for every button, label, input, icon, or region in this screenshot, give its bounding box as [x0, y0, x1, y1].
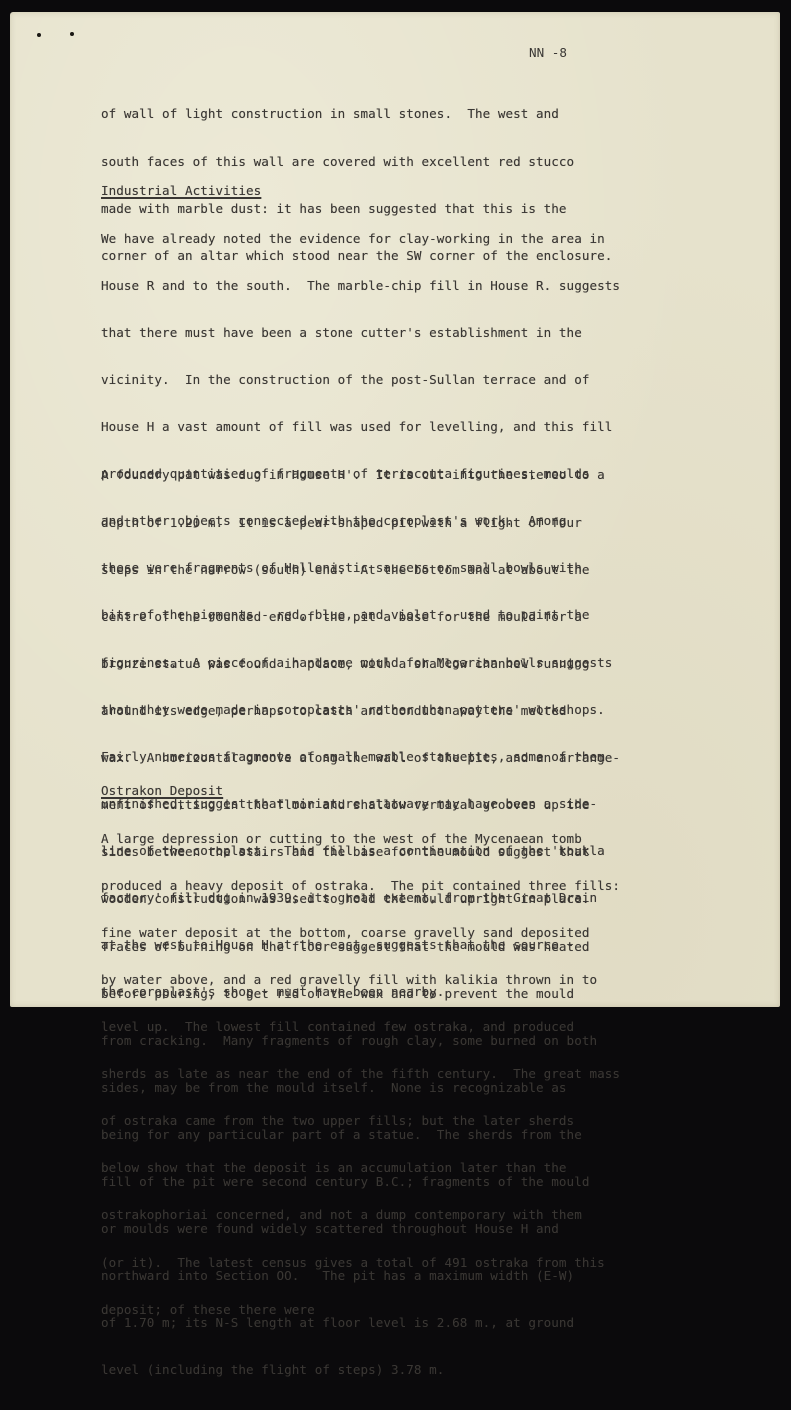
typewritten-page: NN -8 of wall of light construction in s… — [10, 12, 780, 1007]
section-heading: Ostrakon Deposit — [101, 783, 620, 799]
text-line: A foundry pit was dug in House H'. It is… — [101, 467, 620, 483]
text-line: steps in the narrow (south) end. At the … — [101, 562, 620, 578]
text-line: that there must have been a stone cutter… — [101, 325, 620, 341]
text-line: bronze statue was found in place, with a… — [101, 656, 620, 672]
text-line: of wall of light construction in small s… — [101, 106, 612, 122]
section-heading: Industrial Activities — [101, 183, 620, 199]
text-line: fine water deposit at the bottom, coarse… — [101, 925, 620, 941]
text-line: around its edge, perhaps to catch and co… — [101, 703, 620, 719]
text-line: produced a heavy deposit of ostraka. The… — [101, 878, 620, 894]
text-line: level up. The lowest fill contained few … — [101, 1019, 620, 1024]
text-line: depth of 1.20 m. It is a pear-shaped pit… — [101, 515, 620, 531]
text-line: House H a vast amount of fill was used f… — [101, 419, 620, 435]
text-line: We have already noted the evidence for c… — [101, 231, 620, 247]
ostrakon-deposit-section: Ostrakon Deposit A large depression or c… — [101, 752, 620, 1024]
page-number: NN -8 — [529, 45, 567, 60]
text-line: House R and to the south. The marble-chi… — [101, 278, 620, 294]
text-line: A large depression or cutting to the wes… — [101, 831, 620, 847]
text-line: by water above, and a red gravelly fill … — [101, 972, 620, 988]
text-line: centre of the rounded end of the pit a b… — [101, 609, 620, 625]
punch-hole-mark — [37, 33, 41, 37]
text-line: vicinity. In the construction of the pos… — [101, 372, 620, 388]
punch-hole-mark — [70, 32, 74, 36]
